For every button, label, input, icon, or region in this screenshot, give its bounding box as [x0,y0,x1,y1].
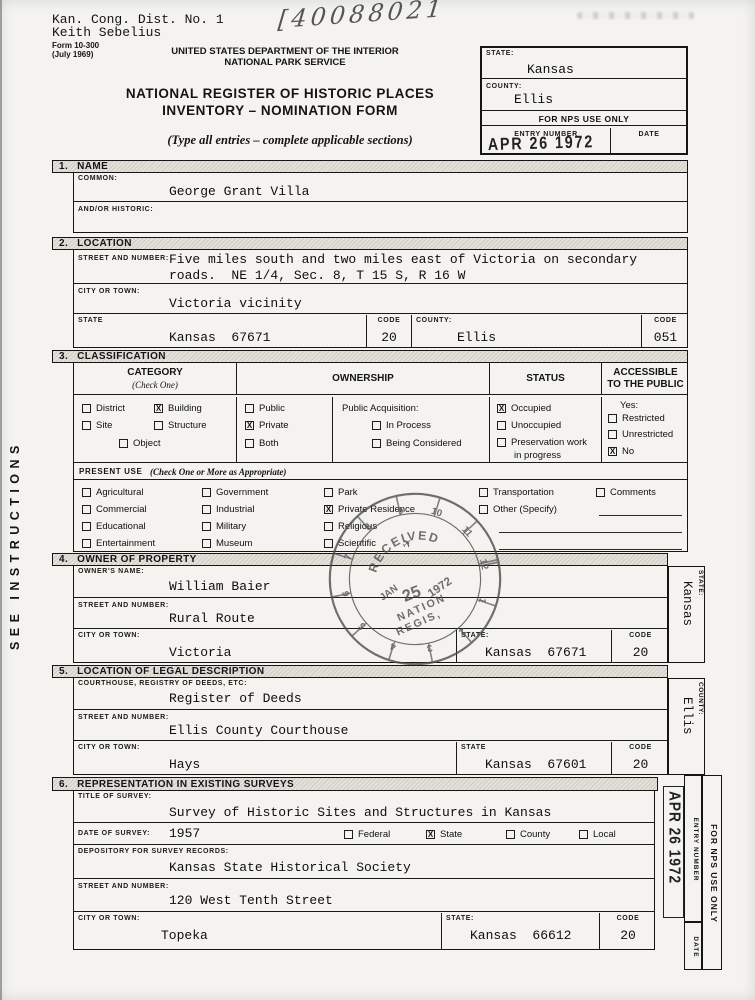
location-street-line1: Five miles south and two miles east of V… [169,252,637,267]
public-acquisition-label: Public Acquisition: [342,403,419,414]
checkbox-federal[interactable]: Federal [344,829,390,840]
checkbox-agricultural[interactable]: Agricultural [82,487,144,498]
checkbox-unrestricted-box[interactable] [608,430,617,439]
stamp-dial-4: 4 [388,640,397,652]
nps-use-only-row: FOR NPS USE ONLY [482,112,686,126]
stamp-dial-6: 6 [340,589,352,597]
form-title-line2: INVENTORY – NOMINATION FORM [85,103,475,118]
checkbox-preservation-box[interactable] [497,438,506,447]
checkbox-being-considered[interactable]: Being Considered [372,438,462,449]
side-state-value: Kansas [680,581,694,626]
nps-state-row: STATE: Kansas [482,48,686,79]
checkbox-industrial-box[interactable] [202,505,211,514]
location-city-row: CITY OR TOWN: Victoria vicinity [74,286,687,314]
received-stamp: 9 10 11 12 1 2 3 4 5 6 7 8 ✈ RECEIVED JA… [305,469,526,690]
nps-state-label: STATE: [486,50,514,57]
checkbox-entertainment[interactable]: Entertainment [82,538,155,549]
scanned-form-page: S E E I N S T R U C T I O N S Kan. Cong.… [0,0,755,1000]
present-use-note: (Check One or More as Appropriate) [150,467,286,477]
location-street-line2: roads. NE 1/4, Sec. 8, T 15 S, R 16 W [169,268,465,283]
stamp-dial-10: 10 [430,506,444,520]
location-city-value: Victoria vicinity [169,296,302,311]
date-cell: DATE [610,128,687,154]
stamp-tick-ring [326,490,505,669]
checkbox-district-box[interactable] [82,404,91,413]
stamp-dial-12: 12 [477,558,490,571]
see-instructions-vertical: S E E I N S T R U C T I O N S [8,358,30,650]
side-nps-use-only-label: FOR NPS USE ONLY [709,776,719,970]
location-county-code-label: CODE [642,317,689,324]
checkbox-federal-box[interactable] [344,830,353,839]
checkbox-military[interactable]: Military [202,521,246,532]
legal-state-label: STATE [461,744,486,751]
ownership-title: OWNERSHIP [332,373,394,385]
checkbox-both[interactable]: Both [245,438,279,449]
owner-code-value: 20 [612,645,669,660]
checkbox-county-survey[interactable]: County [506,829,550,840]
common-name-label: COMMON: [78,175,117,182]
location-county-code-cell: CODE 051 [641,315,689,347]
checkbox-object[interactable]: Object [119,438,160,449]
other-blank-line-2[interactable] [499,549,609,550]
survey-title-label: TITLE OF SURVEY: [78,793,152,800]
depository-label: DEPOSITORY FOR SURVEY RECORDS: [78,848,229,855]
checkbox-government-box[interactable] [202,488,211,497]
location-county-code-value: 051 [642,330,689,345]
side-entry-number-label: ENTRY NUMBER [692,776,699,922]
location-county-cell: COUNTY: Ellis [411,315,641,347]
section-2-number: 2. [59,238,68,249]
survey-code-label: CODE [600,915,656,922]
category-title: CATEGORY [127,367,183,379]
checkbox-state-survey-box[interactable]: X [426,830,435,839]
owner-name-label: OWNER'S NAME: [78,568,144,575]
depository-row: DEPOSITORY FOR SURVEY RECORDS: Kansas St… [74,846,654,879]
survey-title-row: TITLE OF SURVEY: Survey of Historic Site… [74,791,654,823]
checkbox-entertainment-box[interactable] [82,539,91,548]
checkbox-industrial[interactable]: Industrial [202,504,255,515]
checkbox-site[interactable]: Site [82,420,112,431]
side-entry-stamp-column: APR 26 1972 [663,786,684,918]
nps-entry-date-row: ENTRY NUMBER DATE APR 26 1972 [482,128,686,154]
accessible-title-line2: TO THE PUBLIC [607,379,683,391]
stamp-received-text: RECEIVED [360,523,448,577]
checkbox-unoccupied-box[interactable] [497,421,506,430]
section-6-title: REPRESENTATION IN EXISTING SURVEYS [77,779,294,790]
checkbox-no-box[interactable]: X [608,447,617,456]
courthouse-label: COURTHOUSE, REGISTRY OF DEEDS, ETC: [78,680,247,687]
side-entry-number-column: ENTRY NUMBER [684,775,702,922]
checkbox-private[interactable]: XPrivate [245,420,289,431]
checkbox-site-box[interactable] [82,421,91,430]
survey-city-value: Topeka [161,928,208,943]
location-state-code-value: 20 [367,330,411,345]
category-cell: District XBuilding Site Structure Object [74,397,236,462]
section-5-body: COURTHOUSE, REGISTRY OF DEEDS, ETC: Regi… [73,678,668,775]
checkbox-building-box[interactable]: X [154,404,163,413]
stamp-dial-3: 3 [425,642,433,654]
other-blank-line-1[interactable] [499,532,609,533]
comments-blank-line-2[interactable] [599,532,682,533]
checkbox-no[interactable]: XNo [608,446,634,457]
checkbox-park-box[interactable] [324,488,333,497]
checkbox-object-box[interactable] [119,439,128,448]
section-6-body: TITLE OF SURVEY: Survey of Historic Site… [73,791,655,950]
accessible-title-line1: ACCESSIBLE [613,367,677,379]
legal-code-label: CODE [612,744,669,751]
form-revision-date: (July 1969) [52,50,93,59]
survey-state-label: STATE: [446,915,474,922]
checkbox-educational[interactable]: Educational [82,521,146,532]
legal-street-value: Ellis County Courthouse [169,723,348,738]
survey-date-row: DATE OF SURVEY: 1957 Federal XState Coun… [74,825,654,845]
category-note: (Check One) [132,379,178,391]
checkbox-educational-box[interactable] [82,522,91,531]
ownership-header-cell: OWNERSHIP [236,363,489,394]
nps-county-row: COUNTY: Ellis [482,81,686,111]
location-state-cell: STATE Kansas 67671 [74,315,366,347]
svg-text:RECEIVED: RECEIVED [360,523,448,577]
location-state-label: STATE [78,317,103,324]
checkbox-building[interactable]: XBuilding [154,403,202,414]
comments-blank-line-1[interactable] [599,515,682,516]
congressman-name-note: Keith Sebelius [52,25,161,40]
legal-city-value: Hays [169,757,200,772]
stamp-month: JAN [378,583,400,603]
nps-county-value: Ellis [514,92,553,107]
survey-title-value: Survey of Historic Sites and Structures … [169,805,551,820]
survey-street-label: STREET AND NUMBER: [78,883,169,890]
owner-code-cell: CODE 20 [611,630,669,662]
courthouse-value: Register of Deeds [169,691,302,706]
section-2-body: STREET AND NUMBER: Five miles south and … [73,250,688,348]
survey-date-value: 1957 [169,826,200,841]
entry-date-stamp: APR 26 1972 [488,132,595,154]
historic-name-row: AND/OR HISTORIC: [74,204,687,232]
side-county-label: COUNTY: [697,682,704,715]
checkbox-in-process-box[interactable] [372,421,381,430]
preservation-label-line2: in progress [514,450,561,461]
owner-city-value: Victoria [169,645,231,660]
common-name-row: COMMON: George Grant Villa [74,173,687,202]
checkbox-commercial[interactable]: Commercial [82,504,147,515]
classification-header-row: CATEGORY (Check One) OWNERSHIP STATUS AC… [74,363,687,395]
section-6-number: 6. [59,779,68,790]
accessible-yes-label: Yes: [620,400,638,411]
present-use-strip: PRESENT USE (Check One or More as Approp… [74,464,687,480]
section-3-number: 3. [59,351,68,362]
side-state-label: STATE: [697,570,704,596]
location-state-code-label: CODE [367,317,411,324]
section-1-title: NAME [77,161,108,172]
checkbox-museum-box[interactable] [202,539,211,548]
owner-code-label: CODE [612,632,669,639]
checkbox-private-box[interactable]: X [245,421,254,430]
checkbox-preservation[interactable]: Preservation work [497,437,587,448]
comments-blank-line-3[interactable] [599,549,682,550]
location-state-value: Kansas 67671 [169,330,270,345]
handwritten-number: [40088021 [277,0,447,34]
present-use-label: PRESENT USE [79,467,143,476]
section-3-header: 3. CLASSIFICATION [52,350,688,363]
status-title: STATUS [526,373,565,385]
status-cell: XOccupied Unoccupied Preservation work i… [489,397,601,462]
category-header-cell: CATEGORY (Check One) [74,363,236,394]
checkbox-structure[interactable]: Structure [154,420,207,431]
legal-city-row: CITY OR TOWN: Hays STATE Kansas 67601 CO… [74,742,667,774]
agency-name: NATIONAL PARK SERVICE [120,57,450,68]
checkbox-both-box[interactable] [245,439,254,448]
checkbox-commercial-box[interactable] [82,505,91,514]
side-date-label: DATE [692,923,699,970]
side-county-cell: COUNTY: Ellis [668,678,705,775]
section-2-header: 2. LOCATION [52,237,688,250]
side-nps-use-only-column: FOR NPS USE ONLY [702,775,722,970]
ownership-cell: Public XPrivate Both Public Acquisition:… [236,397,489,462]
checkbox-public-box[interactable] [245,404,254,413]
location-city-label: CITY OR TOWN: [78,288,140,295]
checkbox-military-box[interactable] [202,522,211,531]
stamp-dial-7: 7 [342,553,354,562]
nps-use-only-label: FOR NPS USE ONLY [539,114,630,124]
status-header-cell: STATUS [489,363,601,394]
legal-street-row: STREET AND NUMBER: Ellis County Courthou… [74,712,667,741]
survey-code-value: 20 [600,928,656,943]
classification-body-row: District XBuilding Site Structure Object… [74,397,687,463]
scan-smudge-top-right [577,12,695,19]
stamp-dial-2: 2 [456,625,468,637]
see-instructions-text: S E E I N S T R U C T I O N S [8,358,22,650]
checkbox-public[interactable]: Public [245,403,285,414]
side-date-cell: DATE [684,922,702,970]
survey-city-row: CITY OR TOWN: Topeka STATE: Kansas 66612… [74,913,654,949]
nps-state-value: Kansas [527,62,574,77]
nps-county-label: COUNTY: [486,83,522,90]
checkbox-occupied-box[interactable]: X [497,404,506,413]
section-1-body: COMMON: George Grant Villa AND/OR HISTOR… [73,173,688,233]
checkbox-being-considered-box[interactable] [372,439,381,448]
stamp-dial-1: 1 [476,596,488,605]
checkbox-comments-box[interactable] [596,488,605,497]
checkbox-occupied[interactable]: XOccupied [497,403,551,414]
owner-street-label: STREET AND NUMBER: [78,602,169,609]
accessible-cell: Yes: Restricted Unrestricted XNo [601,397,689,462]
legal-city-label: CITY OR TOWN: [78,744,140,751]
stamp-outer-ring [314,478,516,680]
stamp-inner-ring [337,501,493,657]
depository-value: Kansas State Historical Society [169,860,411,875]
section-1-header: 1. NAME [52,160,688,173]
scan-edge-left [0,0,2,1000]
location-street-label: STREET AND NUMBER: [78,255,169,262]
legal-code-cell: CODE 20 [611,742,669,774]
survey-street-row: STREET AND NUMBER: 120 West Tenth Street [74,881,654,912]
section-5-number: 5. [59,666,68,677]
common-name-value: George Grant Villa [169,184,309,199]
checkbox-restricted-box[interactable] [608,414,617,423]
survey-state-value: Kansas 66612 [470,928,571,943]
legal-street-label: STREET AND NUMBER: [78,714,169,721]
accessible-header-cell: ACCESSIBLE TO THE PUBLIC [601,363,689,394]
section-4-title: OWNER OF PROPERTY [77,554,197,565]
section-1-number: 1. [59,161,68,172]
checkbox-local-survey-box[interactable] [579,830,588,839]
form-number: Form 10-300 [52,41,99,50]
survey-city-label: CITY OR TOWN: [78,915,140,922]
date-label: DATE [611,131,687,138]
section-5-title: LOCATION OF LEGAL DESCRIPTION [77,666,264,677]
location-state-code-cell: CODE 20 [366,315,411,347]
survey-code-cell: CODE 20 [599,913,656,949]
location-county-label: COUNTY: [416,317,452,324]
location-county-value: Ellis [457,330,496,345]
owner-street-value: Rural Route [169,611,255,626]
legal-city-cell: CITY OR TOWN: Hays [74,742,456,774]
legal-code-value: 20 [612,757,669,772]
section-4-number: 4. [59,554,68,565]
location-state-row: STATE Kansas 67671 CODE 20 COUNTY: Ellis… [74,315,687,347]
checkbox-museum[interactable]: Museum [202,538,252,549]
checkbox-comments[interactable]: Comments [596,487,656,498]
owner-name-value: William Baier [169,579,270,594]
checkbox-in-process[interactable]: In Process [372,420,431,431]
checkbox-government[interactable]: Government [202,487,268,498]
survey-date-label: DATE OF SURVEY: [78,830,150,837]
checkbox-restricted[interactable]: Restricted [608,413,665,424]
stamp-dial-8: 8 [363,521,375,533]
checkbox-unrestricted[interactable]: Unrestricted [608,429,673,440]
survey-street-value: 120 West Tenth Street [169,893,333,908]
nps-use-box: STATE: Kansas COUNTY: Ellis FOR NPS USE … [480,46,688,155]
survey-city-cell: CITY OR TOWN: Topeka [74,913,441,949]
checkbox-unoccupied[interactable]: Unoccupied [497,420,561,431]
side-state-cell: STATE: Kansas [668,566,705,663]
form-title-line1: NATIONAL REGISTER OF HISTORIC PLACES [85,86,475,101]
side-entry-date-stamp: APR 26 1972 [666,791,684,884]
checkbox-local-survey[interactable]: Local [579,829,616,840]
legal-state-cell: STATE Kansas 67601 [456,742,611,774]
legal-state-value: Kansas 67601 [485,757,586,772]
section-3-title: CLASSIFICATION [77,351,166,362]
historic-name-label: AND/OR HISTORIC: [78,206,153,213]
type-instructions-note: (Type all entries – complete applicable … [110,133,470,148]
checkbox-agricultural-box[interactable] [82,488,91,497]
checkbox-state-survey[interactable]: XState [426,829,462,840]
section-2-title: LOCATION [77,238,132,249]
department-name: UNITED STATES DEPARTMENT OF THE INTERIOR [120,46,450,57]
stamp-dial-9: 9 [397,505,405,517]
location-street-row: STREET AND NUMBER: Five miles south and … [74,250,687,284]
checkbox-county-survey-box[interactable] [506,830,515,839]
stamp-dial-5: 5 [356,619,368,631]
checkbox-park[interactable]: Park [324,487,358,498]
checkbox-structure-box[interactable] [154,421,163,430]
checkbox-district[interactable]: District [82,403,125,414]
survey-state-cell: STATE: Kansas 66612 [441,913,599,949]
owner-city-label: CITY OR TOWN: [78,632,140,639]
side-county-value: Ellis [680,697,694,735]
ownership-divider [332,397,333,462]
section-6-header: 6. REPRESENTATION IN EXISTING SURVEYS [52,777,658,791]
